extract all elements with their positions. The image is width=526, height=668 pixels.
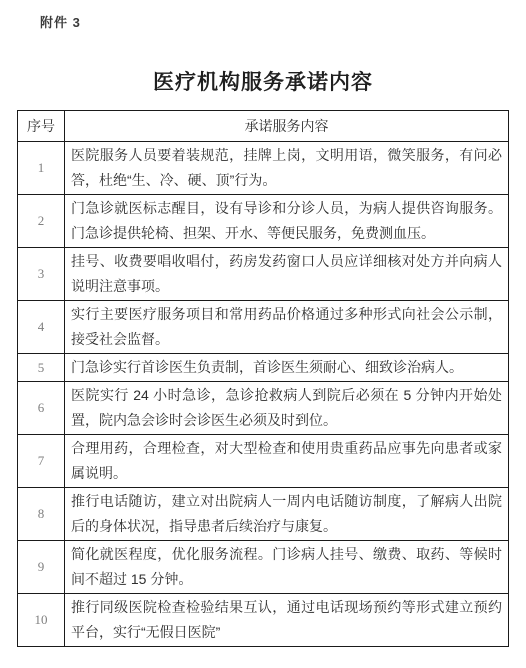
row-content-cell: 挂号、收费要唱收唱付，药房发药窗口人员应详细核对处方并向病人说明注意事项。 [65,248,509,301]
row-number-cell: 9 [18,541,65,594]
attachment-label: 附件 3 [40,12,81,31]
row-number-cell: 2 [18,195,65,248]
row-number-cell: 8 [18,488,65,541]
row-content-cell: 门急诊实行首诊医生负责制，首诊医生须耐心、细致诊治病人。 [65,354,509,382]
commitments-table: 序号 承诺服务内容 1 医院服务人员要着装规范，挂牌上岗，文明用语，微笑服务，有… [17,110,509,647]
row-content-cell: 推行电话随访，建立对出院病人一周内电话随访制度，了解病人出院后的身体状况，指导患… [65,488,509,541]
table-row: 7 合理用药，合理检查，对大型检查和使用贵重药品应事先向患者或家属说明。 [18,435,509,488]
row-number-cell: 4 [18,301,65,354]
table-row: 1 医院服务人员要着装规范，挂牌上岗，文明用语，微笑服务，有问必答，杜绝“生、冷… [18,142,509,195]
row-number-cell: 5 [18,354,65,382]
header-commitment-content: 承诺服务内容 [65,111,509,142]
table-row: 10 推行同级医院检查检验结果互认，通过电话现场预约等形式建立预约平台，实行“无… [18,594,509,647]
table-row: 6 医院实行 24 小时急诊，急诊抢救病人到院后必须在 5 分钟内开始处置，院内… [18,382,509,435]
row-content-cell: 医院服务人员要着装规范，挂牌上岗，文明用语，微笑服务，有问必答，杜绝“生、冷、硬… [65,142,509,195]
table-row: 3 挂号、收费要唱收唱付，药房发药窗口人员应详细核对处方并向病人说明注意事项。 [18,248,509,301]
row-content-cell: 推行同级医院检查检验结果互认，通过电话现场预约等形式建立预约平台，实行“无假日医… [65,594,509,647]
row-content-cell: 合理用药，合理检查，对大型检查和使用贵重药品应事先向患者或家属说明。 [65,435,509,488]
row-number-cell: 7 [18,435,65,488]
table-row: 2 门急诊就医标志醒目，设有导诊和分诊人员，为病人提供咨询服务。门急诊提供轮椅、… [18,195,509,248]
page-title: 医疗机构服务承诺内容 [0,66,526,96]
row-number-cell: 1 [18,142,65,195]
row-number-cell: 6 [18,382,65,435]
row-number-cell: 3 [18,248,65,301]
table-row: 9 简化就医程度，优化服务流程。门诊病人挂号、缴费、取药、等候时间不超过 15 … [18,541,509,594]
row-content-cell: 实行主要医疗服务项目和常用药品价格通过多种形式向社会公示制，接受社会监督。 [65,301,509,354]
row-content-cell: 医院实行 24 小时急诊，急诊抢救病人到院后必须在 5 分钟内开始处置，院内急会… [65,382,509,435]
table-row: 8 推行电话随访，建立对出院病人一周内电话随访制度，了解病人出院后的身体状况，指… [18,488,509,541]
row-number-cell: 10 [18,594,65,647]
table-header-row: 序号 承诺服务内容 [18,111,509,142]
table-row: 5 门急诊实行首诊医生负责制，首诊医生须耐心、细致诊治病人。 [18,354,509,382]
header-serial-number: 序号 [18,111,65,142]
row-content-cell: 简化就医程度，优化服务流程。门诊病人挂号、缴费、取药、等候时间不超过 15 分钟… [65,541,509,594]
table-row: 4 实行主要医疗服务项目和常用药品价格通过多种形式向社会公示制，接受社会监督。 [18,301,509,354]
row-content-cell: 门急诊就医标志醒目，设有导诊和分诊人员，为病人提供咨询服务。门急诊提供轮椅、担架… [65,195,509,248]
